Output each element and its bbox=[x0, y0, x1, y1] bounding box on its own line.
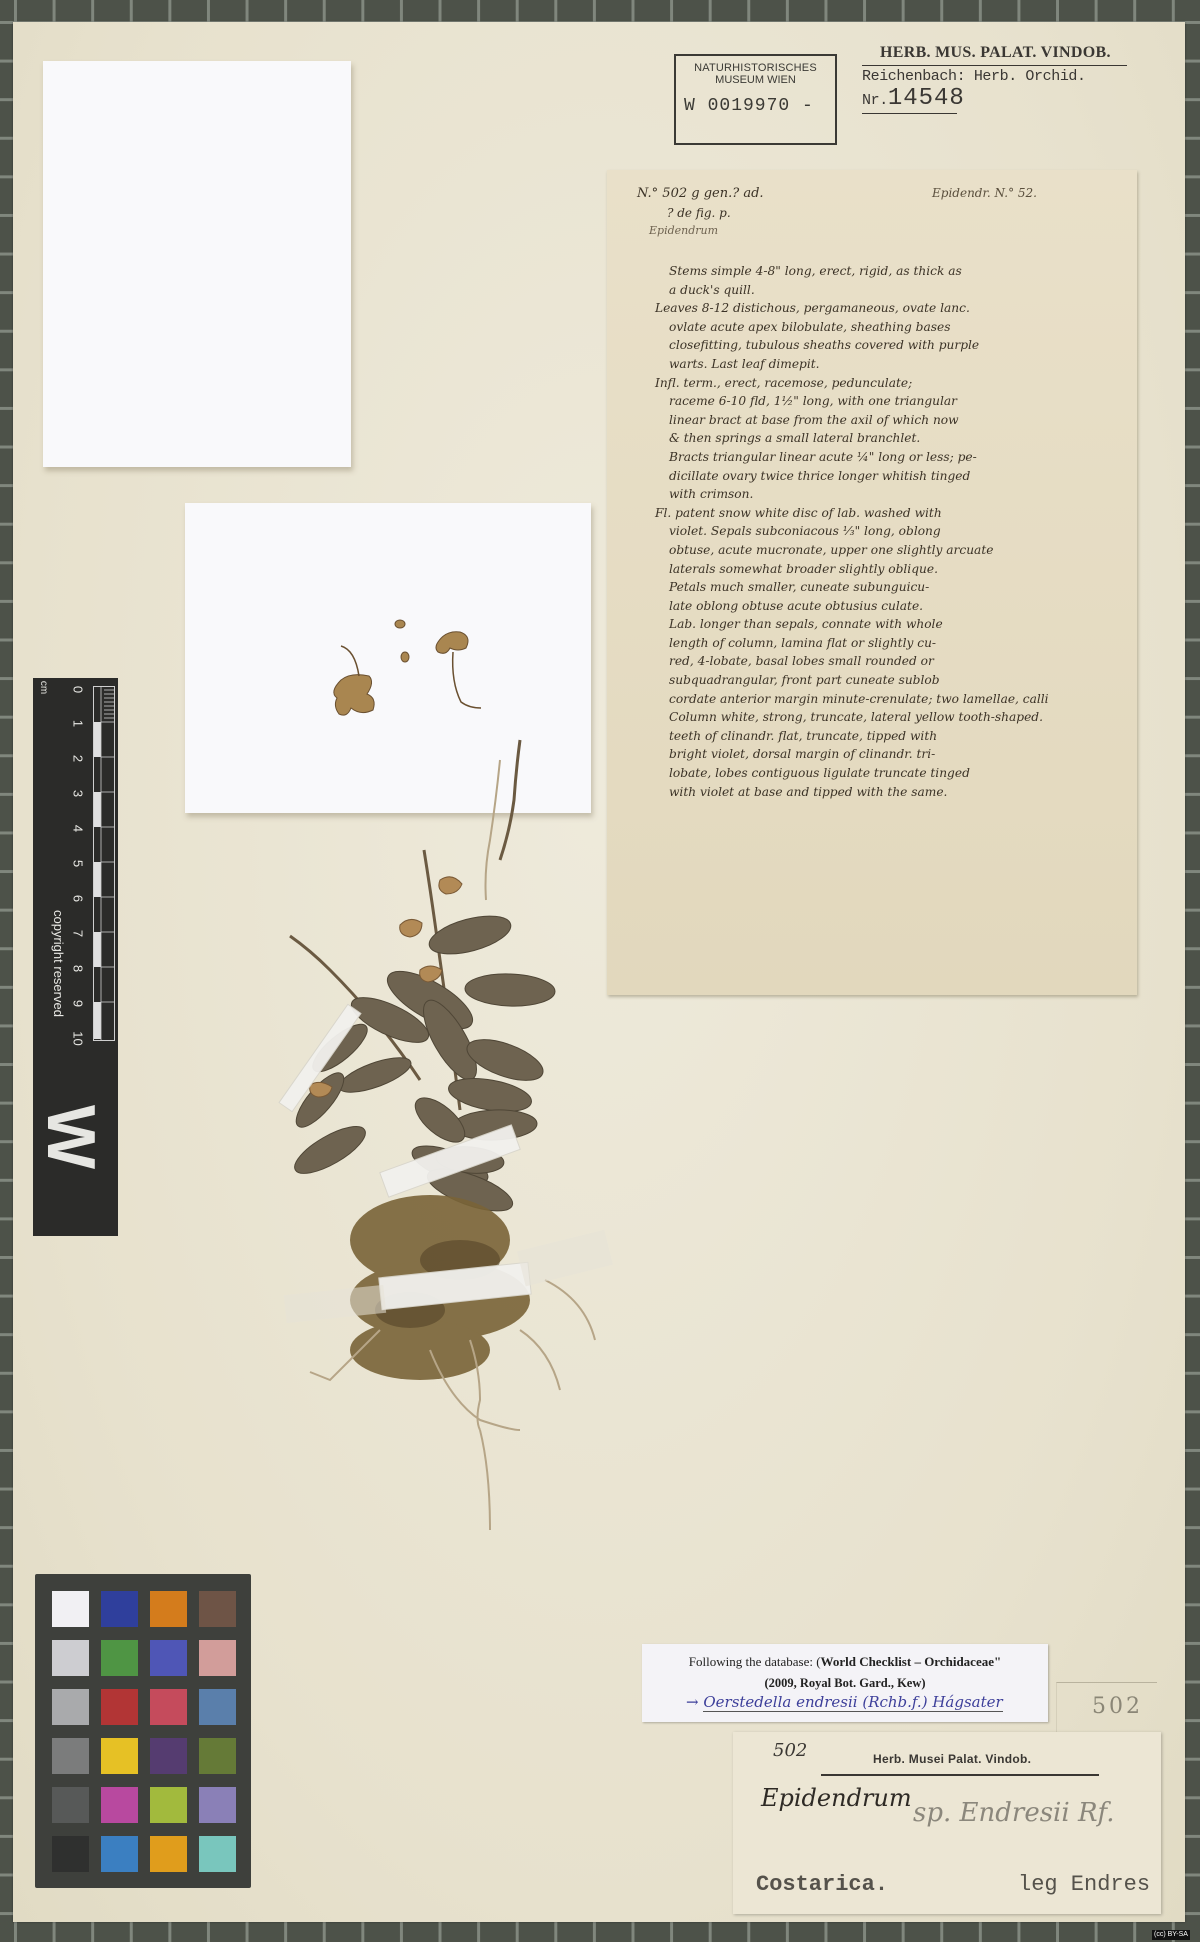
side-number: 502 bbox=[1092, 1694, 1143, 1719]
note-body: Stems simple 4-8" long, erect, rigid, as… bbox=[655, 262, 1049, 801]
ruler-tick: 0 bbox=[71, 680, 86, 700]
label-number: 502 bbox=[773, 1740, 807, 1761]
note-line: violet. Sepals subconiacous ⅓" long, obl… bbox=[655, 522, 1049, 541]
color-swatch bbox=[101, 1640, 138, 1676]
header-rule bbox=[862, 65, 1127, 66]
color-swatch bbox=[52, 1591, 89, 1627]
ruler-tick: 1 bbox=[71, 714, 86, 734]
det-database-name: World Checklist – Orchidaceae" bbox=[821, 1654, 1002, 1669]
color-swatch bbox=[52, 1689, 89, 1725]
note-line: warts. Last leaf dimepit. bbox=[655, 355, 1049, 374]
note-line: Infl. term., erect, racemose, pedunculat… bbox=[655, 374, 1049, 393]
note-line: linear bract at base from the axil of wh… bbox=[655, 411, 1049, 430]
herbarium-header: HERB. MUS. PALAT. VINDOB. Reichenbach: H… bbox=[862, 44, 1172, 114]
color-swatch bbox=[150, 1640, 187, 1676]
note-header-left-2: ? de fig. p. bbox=[667, 206, 731, 220]
note-line: Lab. longer than sepals, connate with wh… bbox=[655, 615, 1049, 634]
ruler-scale-bars bbox=[93, 686, 115, 1041]
note-line: Column white, strong, truncate, lateral … bbox=[655, 708, 1049, 727]
note-line: with violet at base and tipped with the … bbox=[655, 783, 1049, 802]
color-swatch bbox=[199, 1640, 236, 1676]
color-swatch bbox=[199, 1738, 236, 1774]
color-swatch bbox=[199, 1591, 236, 1627]
note-line: a duck's quill. bbox=[655, 281, 1049, 300]
color-swatch bbox=[150, 1787, 187, 1823]
label-locality: Costarica. bbox=[756, 1872, 888, 1897]
herbarium-number: 14548 bbox=[888, 85, 965, 112]
color-checker-chart bbox=[35, 1574, 251, 1888]
barcode-number: W 0019970 - bbox=[676, 96, 835, 116]
handwritten-description: N.° 502 g gen.? ad. ? de fig. p. Epidend… bbox=[607, 170, 1137, 995]
note-line: & then springs a small lateral branchlet… bbox=[655, 429, 1049, 448]
color-swatch bbox=[101, 1591, 138, 1627]
det-line1-prefix: Following the database: ( bbox=[689, 1654, 821, 1669]
note-line: red, 4-lobate, basal lobes small rounded… bbox=[655, 652, 1049, 671]
ruler-unit: cm bbox=[38, 681, 49, 694]
color-swatch bbox=[150, 1836, 187, 1872]
subtitle-rule bbox=[862, 113, 957, 114]
herbarium-title: HERB. MUS. PALAT. VINDOB. bbox=[862, 44, 1172, 62]
note-line: with crimson. bbox=[655, 485, 1049, 504]
license-badge: (cc) BY-SA bbox=[1152, 1930, 1190, 1940]
note-line: late oblong obtuse acute obtusius culate… bbox=[655, 597, 1049, 616]
note-line: Fl. patent snow white disc of lab. washe… bbox=[655, 504, 1049, 523]
det-accepted-name: Oerstedella endresii (Rchb.f.) Hágsater bbox=[703, 1693, 1002, 1712]
color-swatch bbox=[52, 1640, 89, 1676]
note-line: Stems simple 4-8" long, erect, rigid, as… bbox=[655, 262, 1049, 281]
note-line: raceme 6-10 fld, 1½" long, with one tria… bbox=[655, 392, 1049, 411]
note-line: teeth of clinandr. flat, truncate, tippe… bbox=[655, 727, 1049, 746]
note-line: Petals much smaller, cuneate subunguicu- bbox=[655, 578, 1049, 597]
color-swatch bbox=[101, 1787, 138, 1823]
note-header-left: N.° 502 g gen.? ad. bbox=[637, 186, 764, 201]
color-swatch bbox=[199, 1836, 236, 1872]
ruler-tick: 6 bbox=[71, 889, 86, 909]
note-line: cordate anterior margin minute-crenulate… bbox=[655, 690, 1049, 709]
color-swatch bbox=[52, 1738, 89, 1774]
color-swatch bbox=[199, 1689, 236, 1725]
note-line: dicillate ovary twice thrice longer whit… bbox=[655, 467, 1049, 486]
blank-card bbox=[43, 61, 351, 467]
color-swatch bbox=[52, 1787, 89, 1823]
color-swatch bbox=[199, 1787, 236, 1823]
herbarium-label: 502 Herb. Musei Palat. Vindob. Epidendru… bbox=[733, 1732, 1161, 1914]
label-institution: Herb. Musei Palat. Vindob. bbox=[873, 1752, 1031, 1766]
copyright-text: copyright reserved bbox=[51, 910, 66, 1017]
ruler-tick: 8 bbox=[71, 959, 86, 979]
note-line: subquadrangular, front part cuneate subl… bbox=[655, 671, 1049, 690]
note-line: lobate, lobes contiguous ligulate trunca… bbox=[655, 764, 1049, 783]
label-collector: leg Endres bbox=[1018, 1872, 1150, 1897]
ruler-tick: 5 bbox=[71, 854, 86, 874]
stamp-line-2: MUSEUM WIEN bbox=[676, 74, 835, 86]
note-line: Bracts triangular linear acute ¼" long o… bbox=[655, 448, 1049, 467]
color-swatch bbox=[101, 1836, 138, 1872]
ruler-tick: 7 bbox=[71, 924, 86, 944]
museum-logo-w: W bbox=[32, 1105, 110, 1169]
color-swatch bbox=[101, 1689, 138, 1725]
color-swatch bbox=[150, 1689, 187, 1725]
ruler-tick: 2 bbox=[71, 749, 86, 769]
note-line: laterals somewhat broader slightly obliq… bbox=[655, 560, 1049, 579]
note-line: obtuse, acute mucronate, upper one sligh… bbox=[655, 541, 1049, 560]
flower-packet-card bbox=[185, 503, 591, 813]
note-line: Leaves 8-12 distichous, pergamaneous, ov… bbox=[655, 299, 1049, 318]
note-header-right: Epidendr. N.° 52. bbox=[932, 186, 1037, 200]
note-line: ovlate acute apex bilobulate, sheathing … bbox=[655, 318, 1049, 337]
color-swatch bbox=[52, 1836, 89, 1872]
note-line: length of column, lamina flat or slightl… bbox=[655, 634, 1049, 653]
stamp-line-1: NATURHISTORISCHES bbox=[676, 62, 835, 74]
note-header-left-3: Epidendrum bbox=[649, 224, 718, 237]
scale-ruler: cm 0 1 2 3 4 5 6 7 8 9 10 bbox=[33, 678, 118, 1236]
note-line: bright violet, dorsal margin of clinandr… bbox=[655, 745, 1049, 764]
note-line: closefitting, tubulous sheaths covered w… bbox=[655, 336, 1049, 355]
determination-label: Following the database: (World Checklist… bbox=[642, 1644, 1048, 1722]
label-species: sp. Endresii Rf. bbox=[913, 1798, 1114, 1828]
color-swatch bbox=[150, 1738, 187, 1774]
color-swatch bbox=[101, 1738, 138, 1774]
ruler-tick: 3 bbox=[71, 784, 86, 804]
color-swatch bbox=[150, 1591, 187, 1627]
arrow-icon: → bbox=[686, 1693, 699, 1711]
ruler-tick: 10 bbox=[71, 1029, 86, 1049]
label-genus: Epidendrum bbox=[761, 1784, 912, 1812]
ruler-bars-graphic bbox=[94, 687, 114, 1040]
label-rule bbox=[821, 1774, 1099, 1776]
ruler-tick: 9 bbox=[71, 994, 86, 1014]
museum-stamp: NATURHISTORISCHES MUSEUM WIEN W 0019970 … bbox=[674, 54, 837, 145]
ruler-tick: 4 bbox=[71, 819, 86, 839]
det-line2: (2009, Royal Bot. Gard., Kew) bbox=[642, 1676, 1048, 1691]
